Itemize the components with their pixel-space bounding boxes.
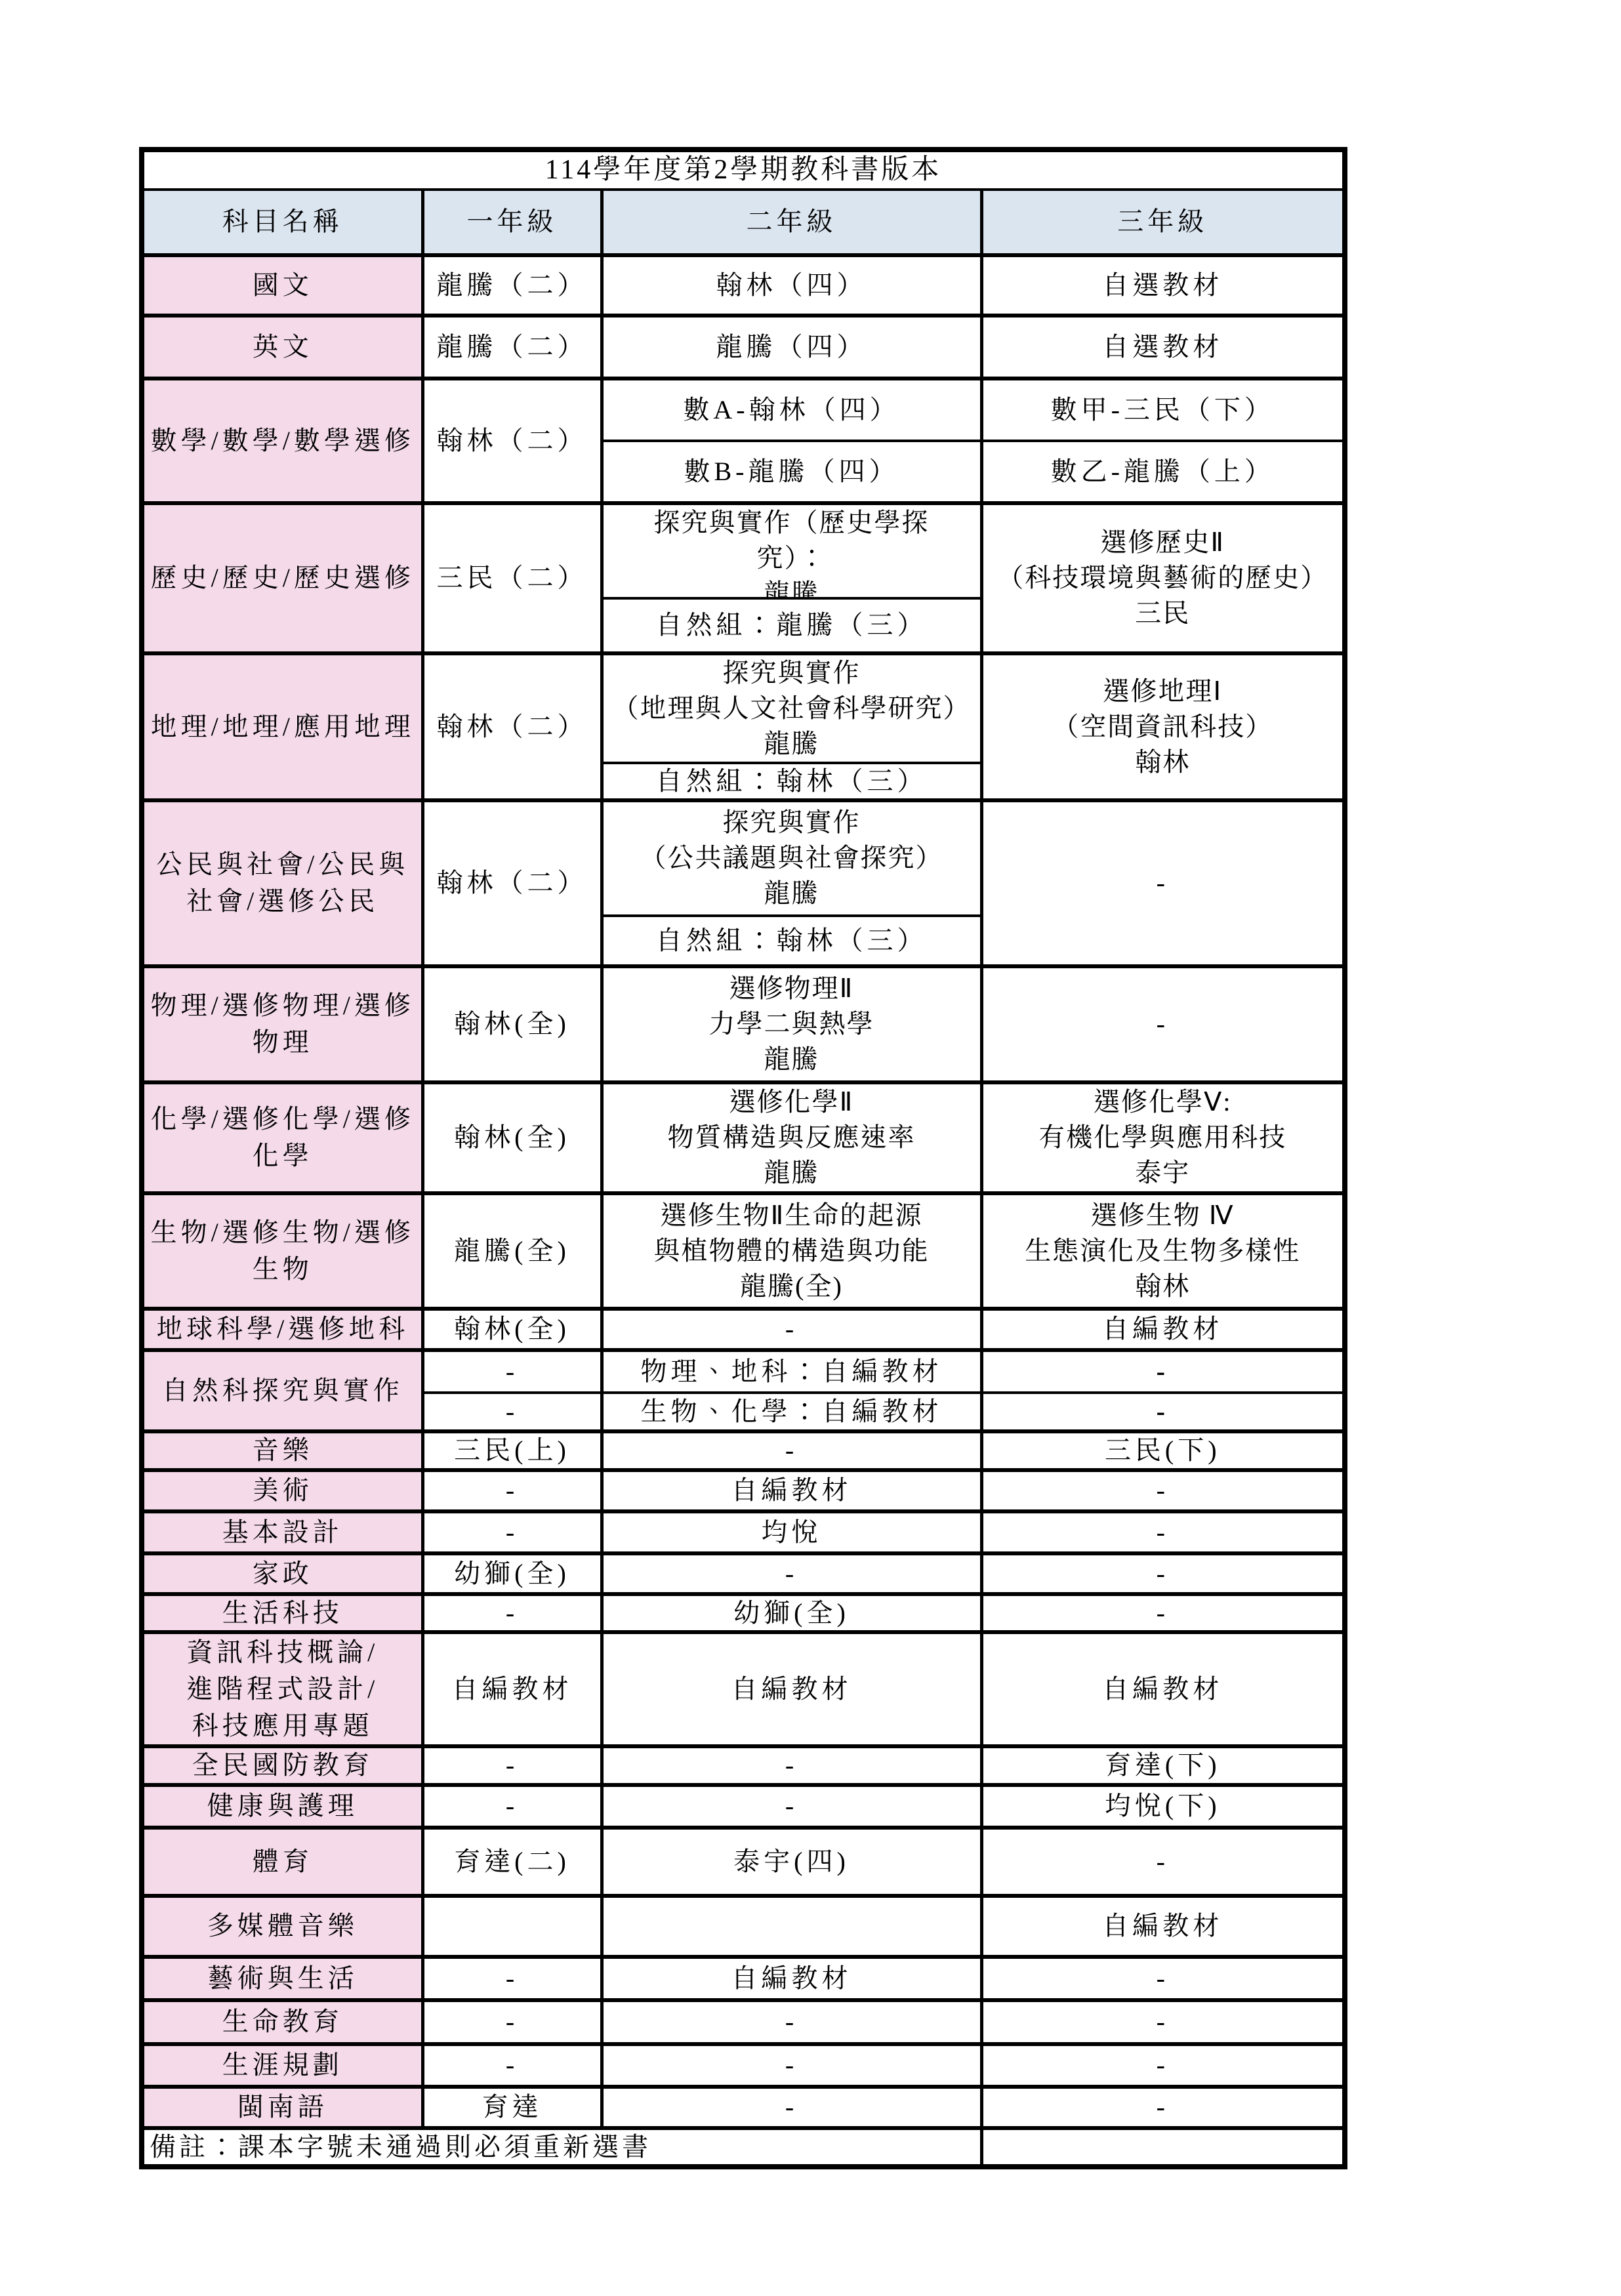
row-biology: 生物/選修生物/選修 生物 龍騰(全) 選修生物Ⅱ生命的起源 與植物體的構造與功… <box>142 1193 1345 1309</box>
cell-defense-subject: 全民國防教育 <box>142 1746 422 1785</box>
page-title: 114學年度第2學期教科書版本 <box>142 150 1345 190</box>
row-fine-art: 美術 - 自編教材 - <box>142 1470 1345 1511</box>
cell-defense-grade3: 育達(下) <box>981 1746 1345 1785</box>
row-civics: 公民與社會/公民與 社會/選修公民 翰林（二） 探究與實作 （公共議題與社會探究… <box>142 800 1345 916</box>
cell-basic-design-subject: 基本設計 <box>142 1511 422 1553</box>
cell-earth-grade3: 自編教材 <box>981 1309 1345 1350</box>
cell-math-grade2-b: 數B-龍騰（四） <box>602 441 981 503</box>
cell-art-life-subject: 藝術與生活 <box>142 1957 422 2000</box>
cell-chemistry-subject: 化學/選修化學/選修 化學 <box>142 1082 422 1193</box>
cell-info-tech-grade2: 自編教材 <box>602 1632 981 1746</box>
cell-inquiry-grade2-b: 生物、化學：自編教材 <box>602 1393 981 1431</box>
cell-defense-grade2: - <box>602 1746 981 1785</box>
cell-art-life-grade1: - <box>422 1957 602 2000</box>
row-science-inquiry: 自然科探究與實作 - 物理、地科：自編教材 - <box>142 1350 1345 1393</box>
cell-chinese-grade1: 龍騰（二） <box>422 255 602 316</box>
footer-empty-cell <box>981 2128 1345 2167</box>
cell-music-grade1: 三民(上) <box>422 1431 602 1470</box>
cell-health-subject: 健康與護理 <box>142 1785 422 1828</box>
cell-biology-grade2: 選修生物Ⅱ生命的起源 與植物體的構造與功能 龍騰(全) <box>602 1193 981 1309</box>
cell-taiwanese-grade3: - <box>981 2087 1345 2128</box>
cell-history-grade2-b: 自然組：龍騰（三） <box>602 598 981 653</box>
row-math: 數學/數學/數學選修 翰林（二） 數A-翰林（四） 數甲-三民（下） <box>142 379 1345 441</box>
col-header-grade3: 三年級 <box>981 190 1345 255</box>
cell-chemistry-grade2: 選修化學Ⅱ 物質構造與反應速率 龍騰 <box>602 1082 981 1193</box>
row-living-technology: 生活科技 - 幼獅(全) - <box>142 1594 1345 1632</box>
row-geography: 地理/地理/應用地理 翰林（二） 探究與實作 （地理與人文社會科學研究） 龍騰 … <box>142 653 1345 763</box>
cell-geography-grade1: 翰林（二） <box>422 653 602 800</box>
cell-civics-grade3: - <box>981 800 1345 966</box>
cell-english-grade3: 自選教材 <box>981 316 1345 379</box>
cell-taiwanese-grade1: 育達 <box>422 2087 602 2128</box>
row-life-education: 生命教育 - - - <box>142 2000 1345 2044</box>
cell-home-economics-subject: 家政 <box>142 1553 422 1594</box>
cell-career-grade3: - <box>981 2044 1345 2087</box>
cell-pe-subject: 體育 <box>142 1828 422 1896</box>
cell-health-grade3: 均悅(下) <box>981 1785 1345 1828</box>
cell-multimedia-grade2 <box>602 1896 981 1957</box>
cell-inquiry-grade1-a: - <box>422 1350 602 1393</box>
cell-civics-subject: 公民與社會/公民與 社會/選修公民 <box>142 800 422 966</box>
cell-home-economics-grade2: - <box>602 1553 981 1594</box>
cell-civics-grade1: 翰林（二） <box>422 800 602 966</box>
cell-chinese-grade3: 自選教材 <box>981 255 1345 316</box>
history-clipped-text: 探究與實作（歷史學探 究）： 龍騰 <box>604 505 980 597</box>
cell-taiwanese-subject: 閩南語 <box>142 2087 422 2128</box>
header-row: 科目名稱 一年級 二年級 三年級 <box>142 190 1345 255</box>
row-home-economics: 家政 幼獅(全) - - <box>142 1553 1345 1594</box>
cell-history-subject: 歷史/歷史/歷史選修 <box>142 503 422 653</box>
cell-geography-grade2-b: 自然組：翰林（三） <box>602 763 981 800</box>
cell-math-grade3-a: 數甲-三民（下） <box>981 379 1345 441</box>
cell-pe-grade3: - <box>981 1828 1345 1896</box>
cell-chinese-grade2: 翰林（四） <box>602 255 981 316</box>
cell-history-grade1: 三民（二） <box>422 503 602 653</box>
row-chemistry: 化學/選修化學/選修 化學 翰林(全) 選修化學Ⅱ 物質構造與反應速率 龍騰 選… <box>142 1082 1345 1193</box>
cell-living-tech-grade3: - <box>981 1594 1345 1632</box>
cell-earth-grade1: 翰林(全) <box>422 1309 602 1350</box>
cell-taiwanese-grade2: - <box>602 2087 981 2128</box>
cell-music-subject: 音樂 <box>142 1431 422 1470</box>
cell-inquiry-subject: 自然科探究與實作 <box>142 1350 422 1431</box>
cell-life-edu-grade1: - <box>422 2000 602 2044</box>
cell-chinese-subject: 國文 <box>142 255 422 316</box>
cell-geography-subject: 地理/地理/應用地理 <box>142 653 422 800</box>
cell-inquiry-grade1-b: - <box>422 1393 602 1431</box>
cell-physics-grade3: - <box>981 966 1345 1082</box>
cell-living-tech-subject: 生活科技 <box>142 1594 422 1632</box>
col-header-grade1: 一年級 <box>422 190 602 255</box>
col-header-grade2: 二年級 <box>602 190 981 255</box>
cell-health-grade1: - <box>422 1785 602 1828</box>
cell-math-subject: 數學/數學/數學選修 <box>142 379 422 503</box>
cell-living-tech-grade1: - <box>422 1594 602 1632</box>
cell-english-subject: 英文 <box>142 316 422 379</box>
row-physics: 物理/選修物理/選修 物理 翰林(全) 選修物理Ⅱ 力學二與熱學 龍騰 - <box>142 966 1345 1082</box>
cell-biology-grade3: 選修生物 Ⅳ 生態演化及生物多樣性 翰林 <box>981 1193 1345 1309</box>
cell-civics-grade2-a: 探究與實作 （公共議題與社會探究） 龍騰 <box>602 800 981 916</box>
cell-art-life-grade3: - <box>981 1957 1345 2000</box>
textbook-version-table: 114學年度第2學期教科書版本 科目名稱 一年級 二年級 三年級 國文 龍騰（二… <box>139 147 1347 2169</box>
cell-fine-art-grade2: 自編教材 <box>602 1470 981 1511</box>
cell-fine-art-grade1: - <box>422 1470 602 1511</box>
cell-physics-grade1: 翰林(全) <box>422 966 602 1082</box>
cell-history-grade3: 選修歷史Ⅱ （科技環境與藝術的歷史） 三民 <box>981 503 1345 653</box>
cell-math-grade3-b: 數乙-龍騰（上） <box>981 441 1345 503</box>
row-physical-education: 體育 育達(二) 泰宇(四) - <box>142 1828 1345 1896</box>
cell-fine-art-subject: 美術 <box>142 1470 422 1511</box>
cell-inquiry-grade3-a: - <box>981 1350 1345 1393</box>
cell-multimedia-grade3: 自編教材 <box>981 1896 1345 1957</box>
cell-math-grade1: 翰林（二） <box>422 379 602 503</box>
cell-inquiry-grade2-a: 物理、地科：自編教材 <box>602 1350 981 1393</box>
title-row: 114學年度第2學期教科書版本 <box>142 150 1345 190</box>
cell-music-grade2: - <box>602 1431 981 1470</box>
cell-info-tech-subject: 資訊科技概論/ 進階程式設計/ 科技應用專題 <box>142 1632 422 1746</box>
cell-earth-grade2: - <box>602 1309 981 1350</box>
row-music: 音樂 三民(上) - 三民(下) <box>142 1431 1345 1470</box>
cell-inquiry-grade3-b: - <box>981 1393 1345 1431</box>
cell-fine-art-grade3: - <box>981 1470 1345 1511</box>
cell-music-grade3: 三民(下) <box>981 1431 1345 1470</box>
row-national-defense: 全民國防教育 - - 育達(下) <box>142 1746 1345 1785</box>
row-basic-design: 基本設計 - 均悅 - <box>142 1511 1345 1553</box>
row-earth-science: 地球科學/選修地科 翰林(全) - 自編教材 <box>142 1309 1345 1350</box>
cell-basic-design-grade1: - <box>422 1511 602 1553</box>
cell-home-economics-grade3: - <box>981 1553 1345 1594</box>
cell-career-grade2: - <box>602 2044 981 2087</box>
cell-biology-grade1: 龍騰(全) <box>422 1193 602 1309</box>
cell-basic-design-grade3: - <box>981 1511 1345 1553</box>
row-health-nursing: 健康與護理 - - 均悅(下) <box>142 1785 1345 1828</box>
cell-art-life-grade2: 自編教材 <box>602 1957 981 2000</box>
cell-pe-grade1: 育達(二) <box>422 1828 602 1896</box>
cell-life-edu-grade3: - <box>981 2000 1345 2044</box>
row-history: 歷史/歷史/歷史選修 三民（二） 探究與實作（歷史學探 究）： 龍騰 選修歷史Ⅱ… <box>142 503 1345 598</box>
cell-chemistry-grade3: 選修化學Ⅴ: 有機化學與應用科技 泰宇 <box>981 1082 1345 1193</box>
cell-biology-subject: 生物/選修生物/選修 生物 <box>142 1193 422 1309</box>
cell-career-grade1: - <box>422 2044 602 2087</box>
row-art-and-life: 藝術與生活 - 自編教材 - <box>142 1957 1345 2000</box>
cell-english-grade1: 龍騰（二） <box>422 316 602 379</box>
cell-life-edu-grade2: - <box>602 2000 981 2044</box>
cell-civics-grade2-b: 自然組：翰林（三） <box>602 916 981 966</box>
cell-defense-grade1: - <box>422 1746 602 1785</box>
row-career-planning: 生涯規劃 - - - <box>142 2044 1345 2087</box>
cell-geography-grade3: 選修地理Ⅰ （空間資訊科技） 翰林 <box>981 653 1345 800</box>
col-header-subject: 科目名稱 <box>142 190 422 255</box>
cell-living-tech-grade2: 幼獅(全) <box>602 1594 981 1632</box>
cell-info-tech-grade3: 自編教材 <box>981 1632 1345 1746</box>
cell-physics-grade2: 選修物理Ⅱ 力學二與熱學 龍騰 <box>602 966 981 1082</box>
cell-earth-subject: 地球科學/選修地科 <box>142 1309 422 1350</box>
cell-math-grade2-a: 數A-翰林（四） <box>602 379 981 441</box>
cell-life-edu-subject: 生命教育 <box>142 2000 422 2044</box>
cell-physics-subject: 物理/選修物理/選修 物理 <box>142 966 422 1082</box>
cell-chemistry-grade1: 翰林(全) <box>422 1082 602 1193</box>
cell-health-grade2: - <box>602 1785 981 1828</box>
cell-geography-grade2-a: 探究與實作 （地理與人文社會科學研究） 龍騰 <box>602 653 981 763</box>
cell-history-grade2-a: 探究與實作（歷史學探 究）： 龍騰 <box>602 503 981 598</box>
row-multimedia-music: 多媒體音樂 自編教材 <box>142 1896 1345 1957</box>
cell-home-economics-grade1: 幼獅(全) <box>422 1553 602 1594</box>
cell-multimedia-subject: 多媒體音樂 <box>142 1896 422 1957</box>
footer-note: 備註：課本字號未通過則必須重新選書 <box>142 2128 981 2167</box>
cell-info-tech-grade1: 自編教材 <box>422 1632 602 1746</box>
row-taiwanese: 閩南語 育達 - - <box>142 2087 1345 2128</box>
cell-pe-grade2: 泰宇(四) <box>602 1828 981 1896</box>
cell-career-subject: 生涯規劃 <box>142 2044 422 2087</box>
document-page: { "title": "114學年度第2學期教科書版本", "columns":… <box>0 0 1621 2296</box>
cell-basic-design-grade2: 均悅 <box>602 1511 981 1553</box>
cell-multimedia-grade1 <box>422 1896 602 1957</box>
cell-english-grade2: 龍騰（四） <box>602 316 981 379</box>
row-info-technology: 資訊科技概論/ 進階程式設計/ 科技應用專題 自編教材 自編教材 自編教材 <box>142 1632 1345 1746</box>
row-english: 英文 龍騰（二） 龍騰（四） 自選教材 <box>142 316 1345 379</box>
footer-note-row: 備註：課本字號未通過則必須重新選書 <box>142 2128 1345 2167</box>
row-chinese: 國文 龍騰（二） 翰林（四） 自選教材 <box>142 255 1345 316</box>
